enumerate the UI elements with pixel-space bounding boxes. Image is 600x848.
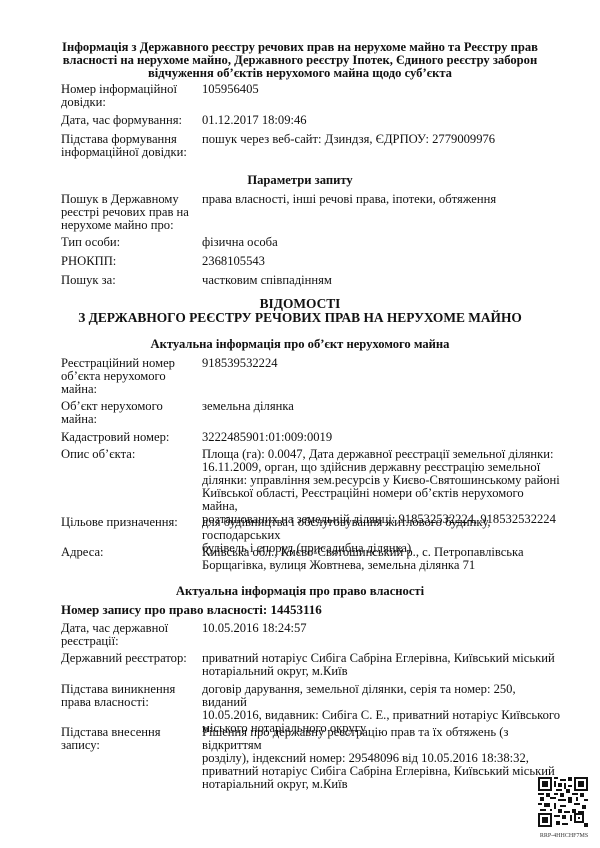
field-label: Державний реєстратор:: [61, 652, 196, 665]
field-label: Об’єкт нерухомого майна:: [61, 400, 196, 426]
field-value: Київська обл., Києво-Святошинський р., с…: [202, 546, 551, 572]
field-value: пошук через веб-сайт: Дзиндзя, ЄДРПОУ: 2…: [202, 133, 551, 146]
qr-caption: RRP-4HHCHF7MS: [528, 833, 600, 840]
field-label: Опис об’єкта:: [61, 448, 196, 461]
field-label: Дата, час формування:: [61, 114, 196, 127]
field-label: Підстава виникнення права власності:: [61, 683, 196, 709]
field-label: Підстава внесення запису:: [61, 726, 196, 752]
field-value: 918539532224: [202, 357, 551, 370]
field-value: права власності, інші речові права, іпот…: [202, 193, 551, 206]
field-label: Кадастровий номер:: [61, 431, 196, 444]
qr-code-icon: [537, 777, 589, 827]
document-page: Інформація з Державного реєстру речових …: [0, 0, 600, 848]
field-value: частковим співпадінням: [202, 274, 551, 287]
field-value: фізична особа: [202, 236, 551, 249]
field-value: 3222485901:01:009:0019: [202, 431, 551, 444]
field-value: 10.05.2016 18:24:57: [202, 622, 551, 635]
field-label: Номер інформаційної довідки:: [61, 83, 196, 109]
field-value: 2368105543: [202, 255, 551, 268]
document-title: Інформація з Державного реєстру речових …: [40, 41, 560, 80]
field-value: Рішення про державну реєстрацію прав та …: [202, 726, 562, 791]
field-label: Тип особи:: [61, 236, 196, 249]
field-label: Дата, час державної реєстрації:: [61, 622, 196, 648]
ownership-heading: Актуальна інформація про право власності: [40, 585, 560, 598]
field-label: Цільове призначення:: [61, 516, 196, 529]
field-label: Адреса:: [61, 546, 196, 559]
title-line: відчуження об’єктів нерухомого майна щод…: [40, 67, 560, 80]
object-heading: Актуальна інформація про об’єкт нерухомо…: [40, 338, 560, 351]
field-label: Реєстраційний номер об’єкта нерухомого м…: [61, 357, 196, 396]
field-value: 105956405: [202, 83, 551, 96]
register-heading: ВІДОМОСТІ З ДЕРЖАВНОГО РЕЄСТРУ РЕЧОВИХ П…: [40, 297, 560, 324]
field-label: Пошук за:: [61, 274, 196, 287]
field-label: РНОКПП:: [61, 255, 196, 268]
field-value: 01.12.2017 18:09:46: [202, 114, 551, 127]
field-label: Пошук в Державному реєстрі речових прав …: [61, 193, 196, 232]
query-heading: Параметри запиту: [40, 174, 560, 187]
field-value: приватний нотаріус Сибіга Сабріна Еглері…: [202, 652, 562, 678]
field-label: Підстава формування інформаційної довідк…: [61, 133, 196, 159]
field-value: земельна ділянка: [202, 400, 551, 413]
ownership-record-number: Номер запису про право власності: 144531…: [61, 603, 322, 616]
